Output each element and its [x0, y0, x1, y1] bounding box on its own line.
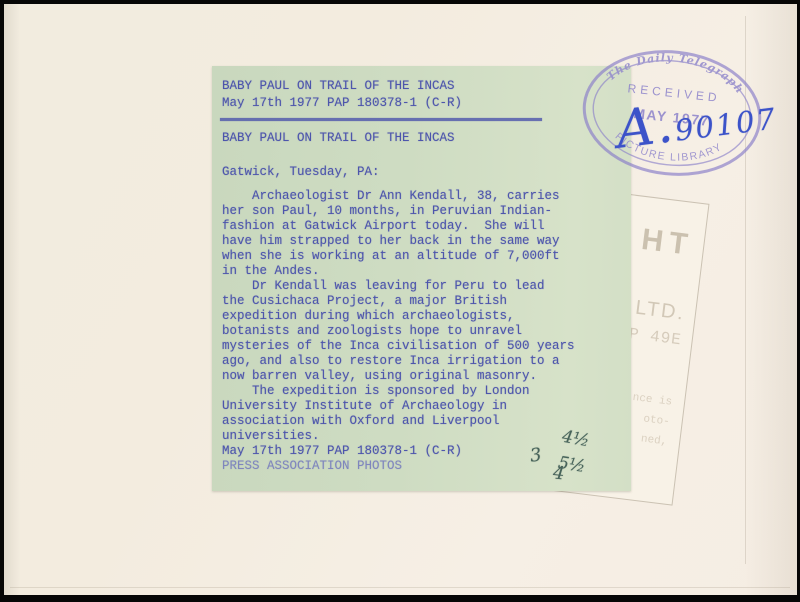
caption-body: Archaeologist Dr Ann Kendall, 38, carrie…	[222, 189, 623, 444]
pencil-mark: 4½	[561, 430, 590, 450]
backing-left-shade	[4, 4, 20, 595]
caption-header-line1: BABY PAUL ON TRAIL OF THE INCAS	[222, 78, 623, 95]
typed-underline-rule	[220, 118, 542, 121]
pencil-mark: 3	[529, 447, 542, 463]
caption-paragraph: Dr Kendall was leaving for Peru to lead …	[222, 279, 623, 384]
caption-title: BABY PAUL ON TRAIL OF THE INCAS	[222, 131, 623, 146]
backing-bottom-edge-line	[10, 587, 790, 588]
caption-paragraph: Archaeologist Dr Ann Kendall, 38, carrie…	[222, 189, 623, 279]
caption-card: BABY PAUL ON TRAIL OF THE INCAS May 17th…	[212, 66, 631, 491]
caption-dateline: Gatwick, Tuesday, PA:	[222, 165, 623, 180]
pencil-mark: 5½	[557, 456, 586, 475]
photo-backing: HT N LTD. AP 49E nce is oto- ned, BABY P…	[4, 4, 797, 595]
caption-header-line2: May 17th 1977 PAP 180378-1 (C-R)	[222, 95, 623, 112]
